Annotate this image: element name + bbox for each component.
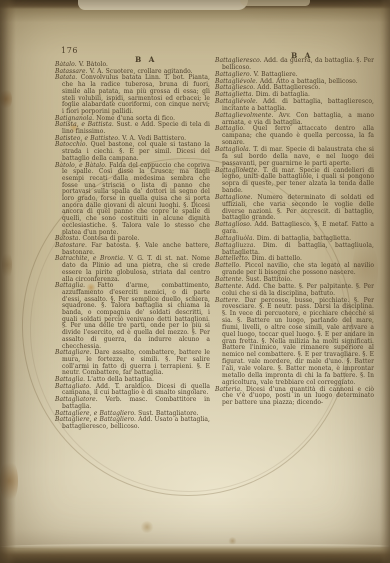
dictionary-entry: Battente. Add. Che batte. §. Per palpita… xyxy=(215,284,374,298)
dictionary-entry: Battagliola. T. di mar. Specie di balaus… xyxy=(215,147,374,168)
headword: Bàtolo, e Bàtalo. xyxy=(55,162,107,169)
headword: Battagliuzza. xyxy=(215,242,255,249)
headword: Battere. xyxy=(215,297,240,304)
dictionary-entry: Battello. Piccol navilio, che sta legato… xyxy=(215,263,374,277)
dictionary-entry: Battaglia. Fatto d'arme, combattimento, … xyxy=(55,283,210,350)
headword: Battagliolette. xyxy=(215,167,259,174)
headword: Battaglioso. xyxy=(215,221,252,228)
headword: Batata. xyxy=(55,74,77,81)
dictionary-entry: Battaglio. Quel ferro attaccato dentro a… xyxy=(215,126,374,147)
headword: Battagliato. xyxy=(55,383,91,390)
dictionary-entry: Battagliatore. Verb. masc. Combattitore … xyxy=(55,397,210,410)
headword: Batocchio. xyxy=(55,141,87,148)
dictionary-entry: Batocchio. Quel bastone, col quale si ta… xyxy=(55,142,210,162)
headword: Battagliare. xyxy=(55,349,92,356)
headword: Battente. xyxy=(215,283,244,290)
page-number: 176 xyxy=(61,46,78,55)
headword: Battaglievolmente. xyxy=(215,112,273,119)
page-edge-bottom xyxy=(0,545,390,563)
page-edge-left xyxy=(0,0,16,563)
headword: Batteria. xyxy=(215,386,242,393)
dictionary-entry: Batostare. Far batosta. §. Vale anche ba… xyxy=(55,243,210,256)
dictionary-entry: Batrachite, e Brontia. V. G. T. di st. n… xyxy=(55,256,210,283)
dictionary-entry: Battagliare. Dare assalto, combattere, b… xyxy=(55,350,210,377)
headword: Battaglio. xyxy=(215,125,245,132)
headword: Battagliere, e Battagliero. xyxy=(55,416,136,423)
headword: Battello. xyxy=(215,262,241,269)
headword: Batrachite, e Brontia. xyxy=(55,255,125,262)
headword: Batostare. xyxy=(55,242,87,249)
dictionary-entry: Batista, e Battista. Sust. e Add. Specie… xyxy=(55,122,210,135)
page-edge-right xyxy=(380,0,390,563)
headword: Battaglia. xyxy=(55,282,85,289)
headword: Battaglieresco. xyxy=(215,57,262,64)
scanned-page: 176 B A B A Bàtalo. V. Bàtolo.Batassare.… xyxy=(0,0,390,563)
dictionary-entry: Battaglione. Numero determinato di solda… xyxy=(215,195,374,222)
headword: Batista, e Battista. xyxy=(55,121,114,128)
torn-paper-edge-top xyxy=(240,0,310,6)
dictionary-entry: Battaglioso. Add. Battagliesco. §. E met… xyxy=(215,222,374,236)
torn-paper-edge-top xyxy=(78,0,248,10)
headword: Battaglione. xyxy=(215,194,253,201)
dictionary-entry: Battagliere, e Battagliero. Add. Usato a… xyxy=(55,417,210,430)
dictionary-entry: Bàtolo, e Bàtalo. Falda del cappuccio ch… xyxy=(55,163,210,237)
column-left: Bàtalo. V. Bàtolo.Batassare. V. A. Scuot… xyxy=(55,62,210,431)
paper-stain xyxy=(140,521,154,533)
headword: Battagliola. xyxy=(215,146,251,153)
headword: Battagliévole. xyxy=(215,98,258,105)
dictionary-entry: Battere. Dar percosse, busse, picchiate.… xyxy=(215,298,374,387)
dictionary-entry: Battagliolette. T. di mar. Specie di can… xyxy=(215,168,374,195)
headword: Battagliatore. xyxy=(55,396,98,403)
dictionary-entry: Battagliuzza. Dim. di battaglia, battagl… xyxy=(215,243,374,257)
dictionary-entry: Battagliato. Add. T. araldico. Dicesi di… xyxy=(55,384,210,397)
dictionary-entry: Battaglievolmente. Avv. Con battaglia, a… xyxy=(215,113,374,127)
dictionary-entry: Battagliévole. Add. di battaglia, battag… xyxy=(215,99,374,113)
dictionary-entry: Batata. Convolvulus batata Linn. T. bot.… xyxy=(55,75,210,115)
dictionary-entry: Batteria. Dicesi d'una quantità di canno… xyxy=(215,387,374,408)
column-right: Battaglieresco. Add. da guerra, da batta… xyxy=(215,58,374,407)
dictionary-entry: Battaglieresco. Add. da guerra, da batta… xyxy=(215,58,374,72)
